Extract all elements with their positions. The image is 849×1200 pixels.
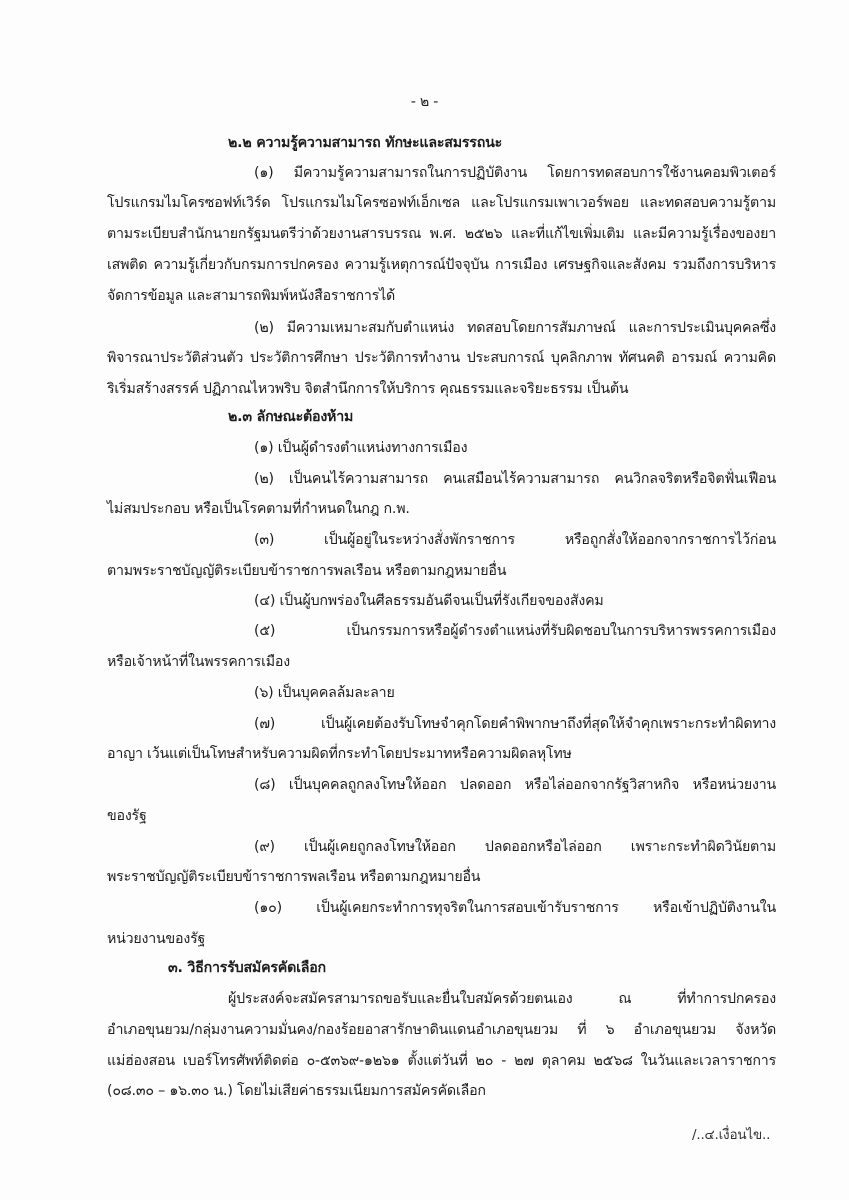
section-3-line-4: (๐๘.๓๐ – ๑๖.๓๐ น.) โดยไม่เสียค่าธรรมเนีย… [107,1081,486,1101]
section-2-2-item-2-line-3: ริเริ่มสร้างสรรค์ ปฏิภาณไหวพริบ จิตสำนึก… [107,379,628,399]
prohibition-item-2-line-1: (๒) เป็นคนไร้ความสามารถ คนเสมือนไร้ความส… [254,469,776,489]
prohibition-item-7-line-2: อาญา เว้นแต่เป็นโทษสำหรับความผิดที่กระทำ… [107,744,572,764]
section-3-line-1: ผู้ประสงค์จะสมัครสามารถขอรับและยื่นใบสมั… [228,989,776,1009]
prohibition-item-3-line-1: (๓) เป็นผู้อยู่ในระหว่างสั่งพักราชการ หร… [254,530,776,550]
prohibition-item-4: (๔) เป็นผู้บกพร่องในศีลธรรมอันดีจนเป็นที… [254,591,604,611]
section-2-2-item-1-line-4: เสพติด ความรู้เกี่ยวกับกรมการปกครอง ความ… [107,255,776,275]
prohibition-item-6: (๖) เป็นบุคคลล้มละลาย [254,683,395,703]
continuation-marker: /..๔.เงื่อนไข.. [692,1125,770,1145]
section-3-line-3: แม่ฮ่องสอน เบอร์โทรศัพท์ติดต่อ ๐-๕๓๖๙-๑๒… [107,1051,776,1071]
prohibition-item-5-line-1: (๕) เป็นกรรมการหรือผู้ดำรงตำแหน่งที่รับผ… [254,621,776,641]
section-2-2-item-1-line-2: โปรแกรมไมโครซอฟท์เวิร์ด โปรแกรมไมโครซอฟท… [107,193,776,213]
section-2-2-heading: ๒.๒ ความรู้ความสามารถ ทักษะและสมรรถนะ [228,133,502,153]
prohibition-item-8-line-2: ของรัฐ [107,806,147,826]
prohibition-item-9-line-2: พระราชบัญญัติระเบียบข้าราชการพลเรือน หรื… [107,867,480,887]
section-2-2-item-1-line-5: จัดการข้อมูล และสามารถพิมพ์หนังสือราชการ… [107,286,395,306]
section-2-2-item-1-line-3: ตามระเบียบสำนักนายกรัฐมนตรีว่าด้วยงานสาร… [107,224,776,244]
section-2-2-item-2-line-1: (๒) มีความเหมาะสมกับตำแหน่ง ทดสอบโดยการส… [254,318,776,338]
prohibition-item-10-line-1: (๑๐) เป็นผู้เคยกระทำการทุจริตในการสอบเข้… [254,898,776,918]
section-2-2-item-2-line-2: พิจารณาประวัติส่วนตัว ประวัติการศึกษา ปร… [107,348,776,368]
prohibition-item-10-line-2: หน่วยงานของรัฐ [107,929,205,949]
prohibition-item-9-line-1: (๙) เป็นผู้เคยถูกลงโทษให้ออก ปลดออกหรือไ… [254,837,776,857]
prohibition-item-2-line-2: ไม่สมประกอบ หรือเป็นโรคตามที่กำหนดในกฎ ก… [107,499,410,519]
section-3-heading: ๓. วิธีการรับสมัครคัดเลือก [168,958,326,978]
section-2-3-heading: ๒.๓ ลักษณะต้องห้าม [228,407,353,427]
prohibition-item-3-line-2: ตามพระราชบัญญัติระเบียบข้าราชการพลเรือน … [107,561,506,581]
section-3-line-2: อำเภอขุนยวม/กลุ่มงานความมั่นคง/กองร้อยอา… [107,1020,776,1040]
document-page: - ๒ - ๒.๒ ความรู้ความสามารถ ทักษะและสมรร… [0,0,849,1200]
prohibition-item-7-line-1: (๗) เป็นผู้เคยต้องรับโทษจำคุกโดยคำพิพากษ… [254,714,776,734]
prohibition-item-5-line-2: หรือเจ้าหน้าที่ในพรรคการเมือง [107,652,290,672]
section-2-2-item-1-line-1: (๑) มีความรู้ความสามารถในการปฏิบัติงาน โ… [254,163,776,183]
page-number: - ๒ - [0,92,849,112]
prohibition-item-1: (๑) เป็นผู้ดำรงตำแหน่งทางการเมือง [254,438,467,458]
prohibition-item-8-line-1: (๘) เป็นบุคคลถูกลงโทษให้ออก ปลดออก หรือไ… [254,775,776,795]
